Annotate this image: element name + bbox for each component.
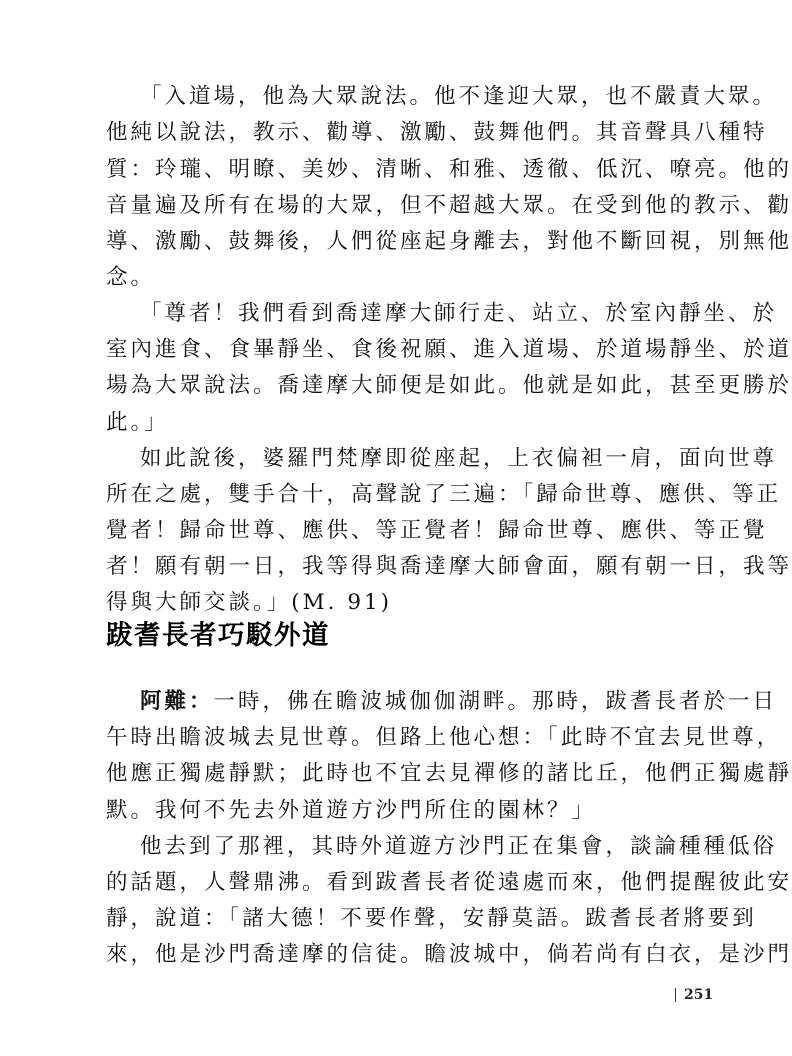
text-line: 此。」: [106, 405, 706, 441]
text-line: 所在之處，雙手合十，高聲說了三遍：「歸命世尊、應供、等正: [106, 477, 706, 513]
text-line: 者！願有朝一日，我等得與喬達摩大師會面，願有朝一日，我等: [106, 549, 706, 585]
text-line: 他去到了那裡，其時外道遊方沙門正在集會，談論種種低俗: [140, 829, 740, 865]
text-span: 一時，佛在瞻波城伽伽湖畔。那時，跋耆長者於一日: [214, 689, 778, 714]
text-line: 來，他是沙門喬達摩的信徒。瞻波城中，倘若尚有白衣，是沙門: [106, 937, 706, 973]
text-line: 午時出瞻波城去見世尊。但路上他心想：「此時不宜去見世尊，: [106, 720, 706, 756]
text-line: 場為大眾說法。喬達摩大師便是如此。他就是如此，甚至更勝於: [106, 368, 706, 404]
speaker-label: 阿難：: [140, 689, 214, 714]
text-line: 「尊者！我們看到喬達摩大師行走、站立、於室內靜坐、於: [140, 296, 740, 332]
text-line: 阿難：一時，佛在瞻波城伽伽湖畔。那時，跋耆長者於一日: [140, 684, 740, 720]
page-footer: 251: [675, 983, 713, 1007]
text-line: 室內進食、食畢靜坐、食後祝願、進入道場、於道場靜坐、於道: [106, 332, 706, 368]
book-page: 「入道場，他為大眾說法。他不逢迎大眾，也不嚴責大眾。 他純以說法，教示、勸導、激…: [0, 0, 792, 1056]
text-line: 如此說後，婆羅門梵摩即從座起，上衣偏袒一肩，面向世尊: [140, 441, 740, 477]
text-line: 他純以說法，教示、勸導、激勵、鼓舞他們。其音聲具八種特: [106, 115, 706, 151]
text-line: 音量遍及所有在場的大眾，但不超越大眾。在受到他的教示、勸: [106, 188, 706, 224]
text-line: 念。: [106, 260, 706, 296]
text-line: 默。我何不先去外道遊方沙門所住的園林？」: [106, 793, 706, 829]
folio-divider: [675, 988, 676, 1002]
page-number: 251: [684, 987, 713, 1003]
text-line: 「入道場，他為大眾說法。他不逢迎大眾，也不嚴責大眾。: [140, 79, 740, 115]
text-line: 質：玲瓏、明瞭、美妙、清晰、和雅、透徹、低沉、嘹亮。他的: [106, 152, 706, 188]
text-line: 他應正獨處靜默；此時也不宜去見禪修的諸比丘，他們正獨處靜: [106, 756, 706, 792]
text-line: 靜，說道：「諸大德！不要作聲，安靜莫語。跋耆長者將要到: [106, 901, 706, 937]
text-line: 的話題，人聲鼎沸。看到跋耆長者從遠處而來，他們提醒彼此安: [106, 865, 706, 901]
section-heading: 跋耆長者巧駁外道: [106, 616, 330, 656]
text-line: 導、激勵、鼓舞後，人們從座起身離去，對他不斷回視，別無他: [106, 224, 706, 260]
text-line: 覺者！歸命世尊、應供、等正覺者！歸命世尊、應供、等正覺: [106, 513, 706, 549]
